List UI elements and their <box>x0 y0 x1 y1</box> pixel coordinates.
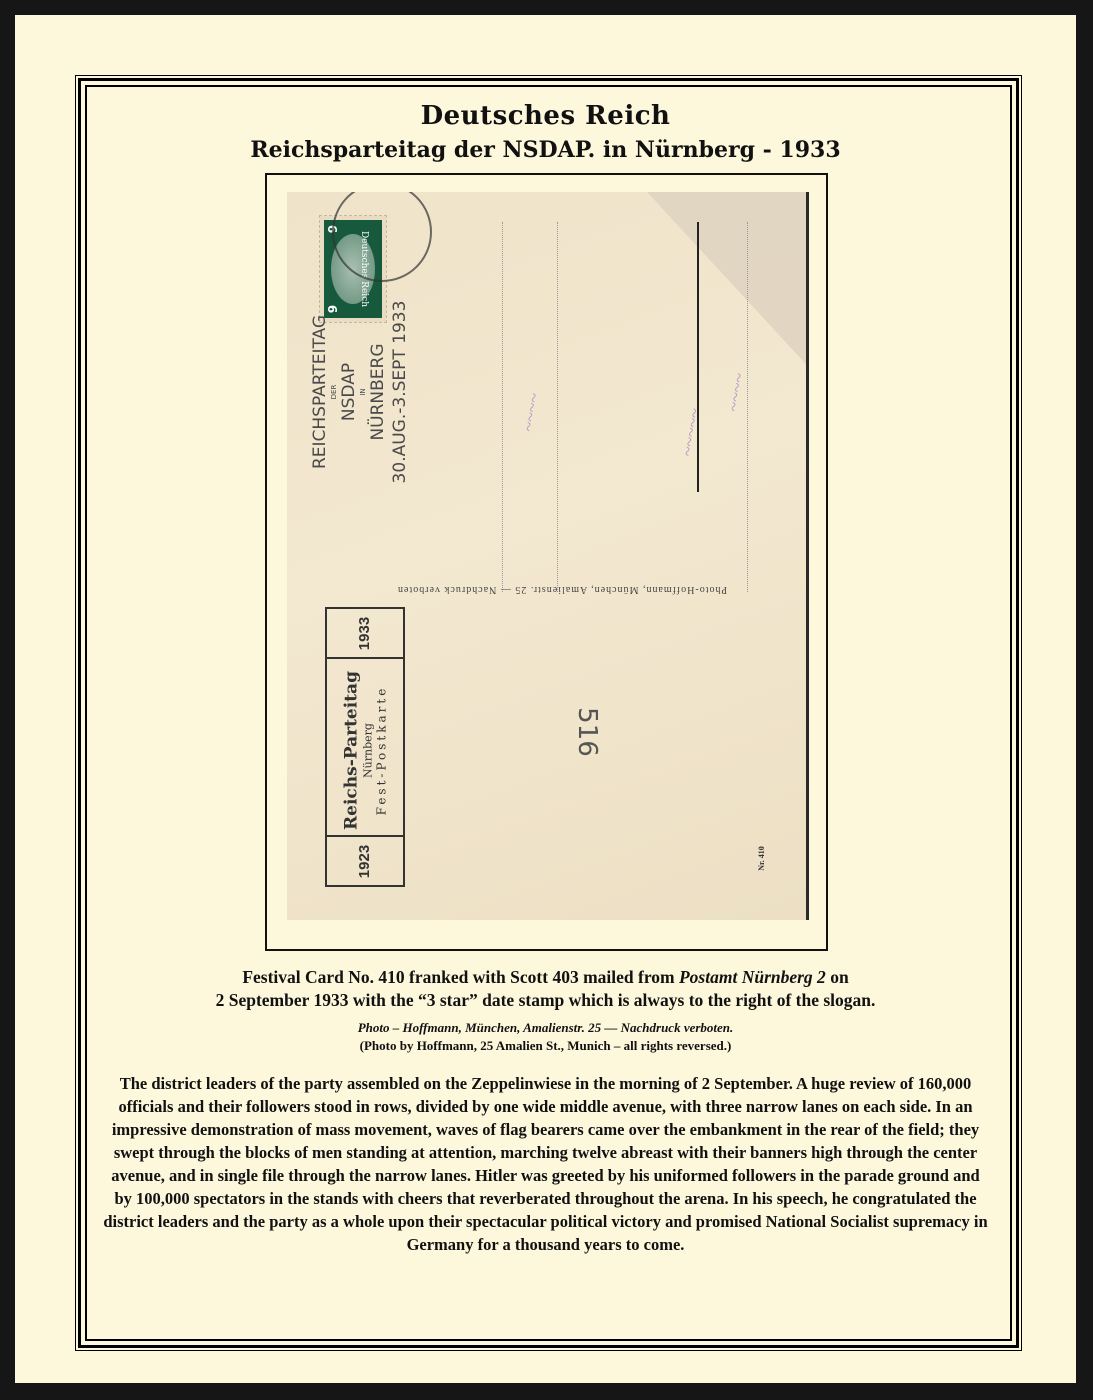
postmark-icon <box>332 192 432 282</box>
photo-credit-german: Photo – Hoffmann, München, Amalienstr. 2… <box>15 1019 1076 1037</box>
photo-credit-english: (Photo by Hoffmann, 25 Amalien St., Muni… <box>15 1037 1076 1055</box>
address-line <box>557 222 558 592</box>
publisher-imprint: Photo-Hoffmann, München, Amalienstr. 25 … <box>337 584 787 595</box>
address-line <box>502 222 503 592</box>
page-title: Deutsches Reich <box>15 101 1076 131</box>
postcard-frame: 6 6 Deutsches Reich REICHSPARTEITAG DER … <box>265 173 828 951</box>
caption: Festival Card No. 410 franked with Scott… <box>15 966 1076 1012</box>
handwriting: ~~~~ <box>518 391 545 433</box>
postcard-image: 6 6 Deutsches Reich REICHSPARTEITAG DER … <box>287 192 809 920</box>
album-page: Deutsches Reich Reichsparteitag der NSDA… <box>15 15 1076 1383</box>
handwriting: ~~~~~ <box>677 407 706 459</box>
festival-label: 1933 Reichs-Parteitag Nürnberg Fest-Post… <box>325 607 405 887</box>
address-line <box>747 222 748 592</box>
slogan-cancel: REICHSPARTEITAG DER NSDAP IN NÜRNBERG 30… <box>309 272 411 512</box>
description-paragraph: The district leaders of the party assemb… <box>103 1072 988 1256</box>
pencil-note: 516 <box>572 707 602 757</box>
card-number: Nr. 410 <box>757 846 766 871</box>
page-subtitle: Reichsparteitag der NSDAP. in Nürnberg -… <box>15 137 1076 163</box>
